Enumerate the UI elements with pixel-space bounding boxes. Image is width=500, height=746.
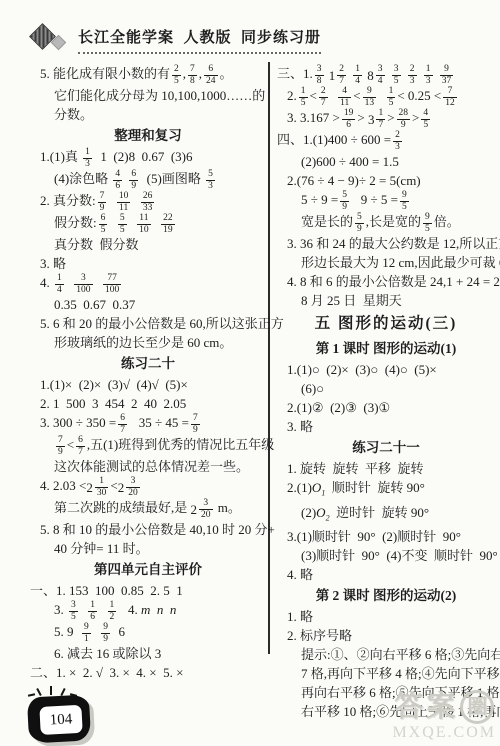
answer-line: 5. 6 和 20 的最小公倍数是 60,所以这张正方 — [30, 314, 266, 333]
fraction: 35 — [67, 600, 80, 622]
page-number-badge: 104 — [24, 688, 94, 746]
section-heading: 整理和复习 — [30, 124, 266, 147]
page-header: 长江全能学案 人教版 同步练习册 — [30, 24, 321, 54]
fraction: 95 — [398, 190, 411, 212]
fraction: 913 — [361, 86, 379, 108]
answer-line: 形玻璃纸的边长至少是 60 cm。 — [30, 333, 266, 352]
fraction: 38 — [313, 64, 326, 86]
answer-line: (4)涂色略 46 69 (5)画图略 53 — [30, 169, 266, 191]
math-variable: m — [141, 602, 150, 617]
answer-line: 三、1.38 127 14 834 35 23 13 937 — [277, 64, 495, 86]
answer-line: 3. 36 和 24 的最大公约数是 12,所以正方 — [277, 234, 495, 253]
answer-line: 5 ÷ 9 =59 9 ÷ 5 =95 — [277, 190, 495, 212]
fraction: 59 — [338, 190, 351, 212]
section-heading: 五 图形的运动(三) — [277, 310, 495, 337]
spark-icon — [28, 693, 35, 696]
fraction: 27 — [317, 86, 330, 108]
mixed-number: 2130 — [86, 476, 110, 498]
fraction: 15 — [297, 86, 310, 108]
fraction: 45 — [419, 108, 432, 130]
fraction: 53 — [204, 169, 217, 191]
answer-line: 5. 能化成有限小数的有25,78,624。 — [30, 64, 266, 86]
answer-line: 四、1.(1)400 ÷ 600 =23 — [277, 130, 495, 152]
answer-line: 真分数 假分数 — [30, 235, 266, 254]
workbook-answer-page: 长江全能学案 人教版 同步练习册 5. 能化成有限小数的有25,78,624。它… — [0, 0, 500, 746]
watermark-logo: 答案圈 — [392, 690, 496, 724]
section-heading: 练习二十 — [30, 352, 266, 375]
math-variable: O2 — [316, 505, 329, 520]
page-number: 104 — [37, 703, 85, 737]
answer-line: 3. 3.167 >196> 317>289>45 — [277, 108, 495, 130]
fraction: 79 — [54, 435, 67, 457]
answer-line: 3.(1)顺时针 90° (2)顺时针 90° — [277, 527, 495, 546]
spark-icon — [36, 688, 42, 696]
answer-line: 3. 300 ÷ 350 =67 35 ÷ 45 =79 — [30, 413, 266, 435]
fraction: 411 — [336, 86, 353, 108]
fraction: 65 — [97, 213, 110, 235]
fraction: 196 — [340, 108, 358, 130]
fraction: 69 — [127, 169, 140, 191]
answer-line: 2.15<27 411<913 15< 0.25 <712 — [277, 86, 495, 108]
fraction: 95 — [421, 212, 434, 234]
fraction: 624 — [202, 64, 220, 86]
answer-line: 宽是长的59,长是宽的95倍。 — [277, 212, 495, 234]
right-column: 三、1.38 127 14 834 35 23 13 9372.15<27 41… — [277, 64, 495, 721]
fraction: 1011 — [115, 191, 133, 213]
answer-line: (3)顺时针 90° (4)不变 顺时针 90° — [277, 546, 495, 565]
answer-line: 一、1. 153 100 0.85 2. 5 1 — [30, 581, 266, 600]
fraction: 59 — [353, 212, 366, 234]
answer-line: 提示:①、②向右平移 6 格;③先向右平移 — [277, 645, 495, 664]
math-variable: n — [157, 602, 164, 617]
answer-line: 1. 旋转 旋转 平移 旋转 — [277, 459, 495, 478]
answer-line: 1.(1)× (2)× (3)√ (4)√ (5)× — [30, 375, 266, 394]
answer-line: 2.(1)② (2)③ (3)① — [277, 398, 495, 417]
answer-line: 4. 略 — [277, 565, 495, 584]
answer-line: 2.(1)O1 顺时针 旋转 90° — [277, 478, 495, 503]
column-divider — [268, 62, 270, 654]
answer-line: 它们能化成分母为 10,100,1000……的 — [30, 86, 266, 105]
answer-line: (2)O2 逆时针 旋转 90° — [277, 503, 495, 528]
watermark-logo-text: 答案 — [394, 691, 458, 723]
large-diamond-icon — [29, 23, 56, 50]
fraction: 99 — [99, 622, 112, 644]
fraction: 78 — [186, 64, 199, 86]
answer-line: 4. 2.03 <2130<2320 — [30, 476, 266, 498]
fraction: 67 — [116, 413, 129, 435]
fraction: 23 — [391, 130, 404, 152]
answer-line: 3. 35 16 12 4. m n n — [30, 600, 266, 622]
math-variable: O1 — [312, 480, 325, 495]
book-title: 长江全能学案 人教版 同步练习册 — [78, 26, 321, 54]
answer-line: 形边长最大为 12 cm,因此最少可裁 6 张。 — [277, 253, 495, 272]
fraction: 14 — [53, 273, 66, 295]
fraction: 77100 — [101, 273, 123, 295]
answer-line: 2. 1 500 3 454 2 40 2.05 — [30, 394, 266, 413]
answer-line: 1.(1)真 13 1 (2)8 0.67 (3)6 — [30, 147, 266, 169]
fraction: 46 — [111, 169, 124, 191]
answer-line: 8 月 25 日 星期天 — [277, 291, 495, 310]
answer-line: 4. 14 3100 77100 — [30, 273, 266, 295]
fraction: 55 — [116, 213, 129, 235]
section-heading: 练习二十一 — [277, 436, 495, 459]
answer-line: 5. 8 和 10 的最小公倍数是 40,10 时 20 分+ — [30, 520, 266, 539]
fraction: 712 — [441, 86, 459, 108]
fraction: 289 — [395, 108, 413, 130]
badge-blob: 104 — [27, 694, 91, 743]
watermark-site: MXQE.COM — [392, 724, 496, 742]
watermark-circled-char: 圈 — [460, 690, 494, 724]
fraction: 79 — [96, 191, 109, 213]
answer-line: 2. 标序号略 — [277, 626, 495, 645]
fraction: 1110 — [135, 213, 153, 235]
answer-line: 假分数:65 55 1110 2219 — [30, 213, 266, 235]
fraction: 2219 — [159, 213, 177, 235]
answer-line: 3. 略 — [30, 254, 266, 273]
fraction: 14 — [351, 64, 364, 86]
fraction: 35 — [390, 64, 403, 86]
answer-line: 40 分钟= 11 时。 — [30, 539, 266, 558]
answer-line: 第二次跳的成绩最好,是 2320 m。 — [30, 498, 266, 520]
math-variable: n — [170, 602, 177, 617]
fraction: 12 — [106, 600, 119, 622]
mixed-number: 2320 — [191, 498, 215, 520]
fraction: 16 — [86, 600, 99, 622]
answer-line: 这次体能测试的总体情况差一些。 — [30, 457, 266, 476]
fraction: 91 — [80, 622, 93, 644]
answer-line: 3. 略 — [277, 417, 495, 436]
left-column: 5. 能化成有限小数的有25,78,624。它们能化成分母为 10,100,10… — [30, 64, 266, 682]
fraction: 2633 — [139, 191, 157, 213]
answer-line: 1.(1)○ (2)× (3)○ (4)○ (5)× — [277, 360, 495, 379]
watermark: 答案圈 MXQE.COM — [392, 690, 496, 742]
answer-line: 二、1. × 2. √ 3. × 4. × 5. × — [30, 663, 266, 682]
spark-icon — [50, 686, 52, 695]
answer-line: 0.35 0.67 0.37 — [30, 295, 266, 314]
answer-line: 7 格,再向下平移 4 格;④先向下平移 3 格, — [277, 664, 495, 683]
fraction: 67 — [74, 435, 87, 457]
answer-line: 1. 略 — [277, 607, 495, 626]
mixed-number: 834 — [367, 64, 386, 86]
fraction: 3100 — [72, 273, 94, 295]
fraction: 13 — [81, 147, 94, 169]
mixed-number: 127 — [329, 64, 348, 86]
fraction: 79 — [189, 413, 202, 435]
answer-line: 4. 8 和 6 的最小公倍数是 24,1 + 24 = 25。 — [277, 272, 495, 291]
diamond-ornament-icon — [30, 24, 66, 54]
fraction: 937 — [438, 64, 456, 86]
section-heading: 第四单元自主评价 — [30, 558, 266, 581]
answer-line: (2)600 ÷ 400 = 1.5 — [277, 152, 495, 171]
answer-line: 2.(76 ÷ 4 − 9)÷ 2 = 5(cm) — [277, 171, 495, 190]
section-heading: 第 2 课时 图形的运动(2) — [277, 584, 495, 607]
mixed-number: 2320 — [118, 476, 142, 498]
fraction: 13 — [422, 64, 435, 86]
answer-line: 6. 减去 16 或除以 3 — [30, 644, 266, 663]
mixed-number: 317 — [368, 108, 387, 130]
answer-line: 79<67,五(1)班得到优秀的情况比五年级 — [30, 435, 266, 457]
answer-line: 分数。 — [30, 105, 266, 124]
answer-line: (6)○ — [277, 379, 495, 398]
fraction: 25 — [170, 64, 183, 86]
fraction: 15 — [385, 86, 398, 108]
answer-line: 2. 真分数:79 1011 2633 — [30, 191, 266, 213]
answer-line: 5. 9 91 99 6 — [30, 622, 266, 644]
section-heading: 第 1 课时 图形的运动(1) — [277, 337, 495, 360]
fraction: 23 — [406, 64, 419, 86]
